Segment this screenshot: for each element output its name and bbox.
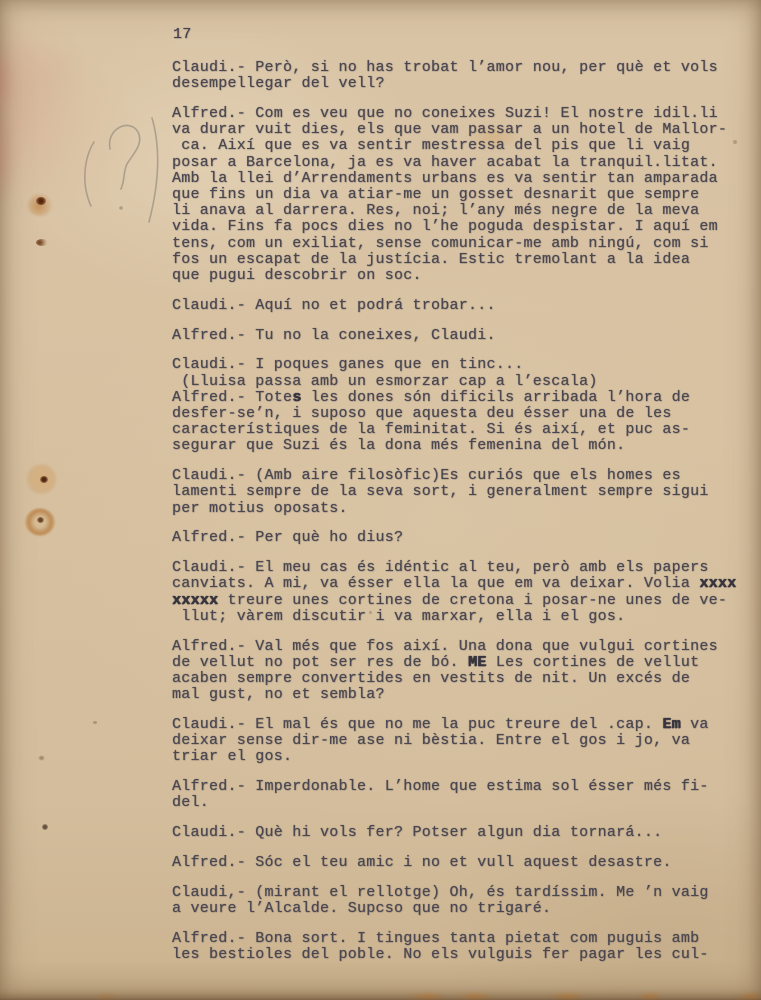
script-line: li anava al darrera. Res, noi; l’any més… — [172, 203, 747, 219]
script-line: Claudi.- El mal és que no me la puc treu… — [172, 717, 747, 733]
script-line: triar el gos. — [172, 749, 747, 765]
script-paragraph: Claudi.- Però, si no has trobat l’amor n… — [172, 60, 747, 92]
script-line: Alfred.- Com es veu que no coneixes Suzi… — [172, 106, 747, 122]
overstrike-text: ME — [468, 654, 487, 671]
bottom-edge-smudge — [95, 992, 117, 1000]
rust-stain-core — [40, 476, 48, 483]
script-line: les bestioles del poble. No els vulguis … — [172, 947, 747, 963]
overstrike-text: xxxxx — [172, 592, 218, 609]
script-line: característiques de la feminitat. Si és … — [172, 422, 747, 438]
script-line: Claudi.- Què hi vols fer? Potser algun d… — [172, 825, 747, 841]
bottom-edge-smudge — [550, 992, 584, 1000]
script-line: tens, com un exiliat, sense comunicar-me… — [172, 236, 747, 252]
script-line: per motius oposats. — [172, 501, 747, 517]
script-line: llut; vàrem discutir i va marxar, ella i… — [172, 609, 747, 625]
paper-speck — [93, 721, 97, 724]
script-line: Alfred.- Totes les dones són dificils ar… — [172, 390, 747, 406]
script-line: desempellegar del vell? — [172, 76, 747, 92]
script-line: que pugui descobrir on soc. — [172, 268, 747, 284]
script-line: Alfred.- Per què ho dius? — [172, 530, 747, 546]
script-line: Claudi.- Però, si no has trobat l’amor n… — [172, 60, 747, 76]
script-line: va durar vuit dies, els que vam passar a… — [172, 122, 747, 138]
paper-speck — [42, 824, 48, 830]
script-line: Alfred.- Val més que fos així. Una dona … — [172, 639, 747, 655]
script-paragraph: Claudi.- I poques ganes que en tinc... (… — [172, 357, 747, 454]
bottom-edge-smudge — [738, 992, 761, 1000]
script-line: canviats. A mi, va ésser ella la que em … — [172, 576, 747, 592]
script-paragraph: Alfred.- Com es veu que no coneixes Suzi… — [172, 106, 747, 284]
script-line: posar a Barcelona, ja es va haver acabat… — [172, 155, 747, 171]
bottom-edge-smudge — [638, 992, 662, 1000]
script-line: Claudi.- El meu cas és idéntic al teu, p… — [172, 560, 747, 576]
script-line: Claudi.- I poques ganes que en tinc... — [172, 357, 747, 373]
bottom-edge-smudge — [410, 992, 446, 1000]
script-paragraph: Claudi.- El mal és que no me la puc treu… — [172, 717, 747, 766]
script-line: vida. Fins fa pocs dies no l’he poguda d… — [172, 219, 747, 235]
script-paragraph: Alfred.- Bona sort. I tingues tanta piet… — [172, 931, 747, 963]
overstrike-text: s — [292, 389, 301, 406]
script-paragraph: Alfred.- Sóc el teu amic i no et vull aq… — [172, 855, 747, 871]
script-line: (Lluisa passa amb un esmorzar cap a l’es… — [172, 374, 747, 390]
script-line: Claudi,- (mirant el rellotge) Oh, és tar… — [172, 885, 747, 901]
script-line: acaben sempre convertides en vestits de … — [172, 671, 747, 687]
script-line: a veure l’Alcalde. Supcso que no trigaré… — [172, 901, 747, 917]
script-line: del. — [172, 795, 747, 811]
rust-spot-halo — [28, 194, 52, 216]
script-paragraph: Claudi,- (mirant el rellotge) Oh, és tar… — [172, 885, 747, 917]
script-line: lamenti sempre de la seva sort, i genera… — [172, 484, 747, 500]
script-line: fos un escapat de la justícia. Estic tre… — [172, 252, 747, 268]
script-line: Amb la llei d’Arrendaments urbans es va … — [172, 171, 747, 187]
bottom-edge-smudge — [458, 992, 492, 1000]
rust-spot-core — [36, 197, 46, 205]
script-paragraph: Alfred.- Per què ho dius? — [172, 530, 747, 546]
script-line: desfer-se’n, i suposo que aquesta deu és… — [172, 406, 747, 422]
script-paragraph: Alfred.- Imperdonable. L’home que estima… — [172, 779, 747, 811]
pink-smear-stain — [0, 48, 16, 118]
script-line: ca. Així que es va sentir mestressa del … — [172, 138, 747, 154]
pencil-scribble — [80, 112, 172, 230]
manuscript-page: 17 Claudi.- Però, si no has trobat l’amo… — [0, 0, 761, 1000]
script-paragraph: Claudi.- (Amb aire filosòfic)Es curiós q… — [172, 468, 747, 517]
page-bottom-edge — [0, 992, 761, 1000]
script-line: Alfred.- Bona sort. I tingues tanta piet… — [172, 931, 747, 947]
script-line: Claudi.- (Amb aire filosòfic)Es curiós q… — [172, 468, 747, 484]
overstrike-text: xxxx — [699, 575, 736, 592]
overstrike-text: Em — [662, 716, 681, 733]
rust-ring-core — [37, 517, 44, 523]
script-paragraph: Claudi.- El meu cas és idéntic al teu, p… — [172, 560, 747, 625]
script-paragraph: Claudi.- Aquí no et podrá trobar... — [172, 298, 747, 314]
script-line: de vellut no pot ser res de bó. ME Les c… — [172, 655, 747, 671]
script-line: que fins un dia va atiar-me un gosset de… — [172, 187, 747, 203]
rust-speck — [36, 239, 48, 246]
rust-ring-stain — [25, 508, 55, 536]
script-paragraph: Claudi.- Què hi vols fer? Potser algun d… — [172, 825, 747, 841]
script-line: mal gust, no et sembla? — [172, 687, 747, 703]
script-line: Alfred.- Imperdonable. L’home que estima… — [172, 779, 747, 795]
script-line: Alfred.- Sóc el teu amic i no et vull aq… — [172, 855, 747, 871]
script-text: Claudi.- Però, si no has trobat l’amor n… — [172, 60, 747, 977]
rust-stain-halo — [26, 464, 56, 494]
script-line: Alfred.- Tu no la coneixes, Claudi. — [172, 328, 747, 344]
page-number: 17 — [173, 27, 192, 43]
pink-smear-stain — [0, 112, 18, 202]
script-paragraph: Alfred.- Tu no la coneixes, Claudi. — [172, 328, 747, 344]
script-line: xxxxx treure unes cortines de cretona i … — [172, 593, 747, 609]
script-paragraph: Alfred.- Val més que fos així. Una dona … — [172, 639, 747, 704]
script-line: Claudi.- Aquí no et podrá trobar... — [172, 298, 747, 314]
script-line: segurar que Suzi és la dona més femenina… — [172, 438, 747, 454]
paper-speck — [39, 756, 44, 760]
